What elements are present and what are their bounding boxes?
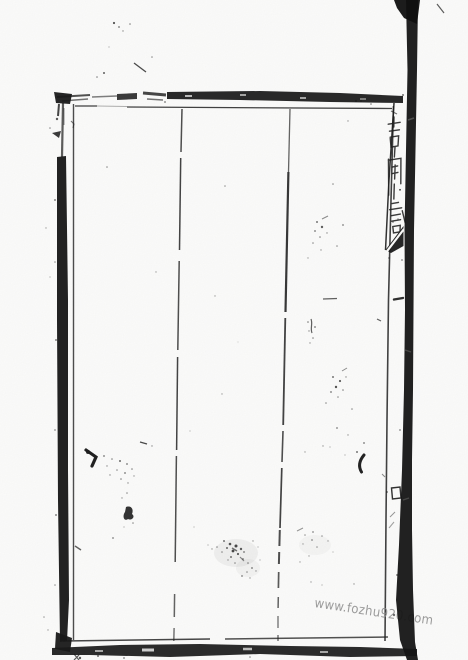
- scan-artwork: www.fozhu920.com: [0, 0, 468, 660]
- scan-grain-overlay: [0, 0, 468, 660]
- book-page-scan: www.fozhu920.com: [0, 0, 468, 660]
